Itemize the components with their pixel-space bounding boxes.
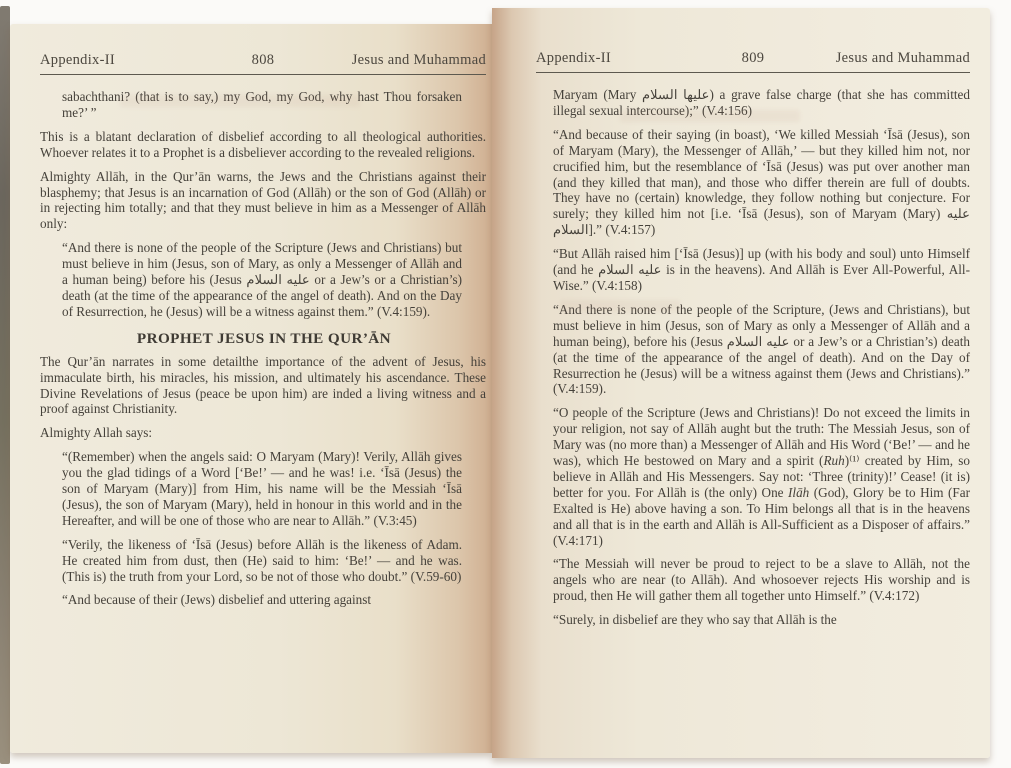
header-section-label: Appendix-II [536,50,742,67]
left-paragraph-6: Almighty Allah says: [40,425,486,441]
left-paragraph-5: The Qur’ān narrates in some detailthe im… [40,354,486,418]
book-title: Jesus and Muhammad [764,50,970,67]
left-paragraph-9: “And because of their (Jews) disbelief a… [62,592,462,608]
page-right-content: Maryam (Mary عليها السلام‎) a grave fals… [536,87,970,628]
scanned-book-spread: Appendix-II 808 Jesus and Muhammad sabac… [0,0,1011,768]
page-header-left: Appendix-II 808 Jesus and Muhammad [40,52,486,75]
left-paragraph-3: “And there is none of the people of the … [62,240,462,320]
right-paragraph-4: “O people of the Scripture (Jews and Chr… [553,405,970,548]
left-paragraph-2: Almighty Allāh, in the Qur’ān warns, the… [40,169,486,233]
page-left: Appendix-II 808 Jesus and Muhammad sabac… [10,24,492,753]
left-paragraph-0: sabachthani? (that is to say,) my God, m… [62,89,462,121]
page-header-right: Appendix-II 809 Jesus and Muhammad [536,50,970,73]
header-section-label: Appendix-II [40,52,252,69]
page-right: Appendix-II 809 Jesus and Muhammad Marya… [492,8,990,758]
left-paragraph-7: “(Remember) when the angels said: O Mary… [62,449,462,529]
page-number: 808 [252,52,275,69]
left-paragraph-1: This is a blatant declaration of disbeli… [40,129,486,161]
page-number: 809 [742,50,765,67]
left-paragraph-4: PROPHET JESUS IN THE QUR’ĀN [40,331,488,347]
right-paragraph-6: “Surely, in disbelief are they who say t… [553,612,970,628]
left-paragraph-8: “Verily, the likeness of ‘Īsā (Jesus) be… [62,537,462,585]
book-title: Jesus and Muhammad [274,52,486,69]
right-paragraph-3: “And there is none of the people of the … [553,302,970,397]
right-paragraph-0: Maryam (Mary عليها السلام‎) a grave fals… [553,87,970,119]
right-paragraph-5: “The Messiah will never be proud to reje… [553,556,970,604]
right-paragraph-2: “But Allāh raised him [‘Īsā (Jesus)] up … [553,246,970,294]
page-left-content: sabachthani? (that is to say,) my God, m… [40,89,488,608]
book-page-stack-edge [0,6,10,764]
right-paragraph-1: “And because of their saying (in boast),… [553,127,970,238]
